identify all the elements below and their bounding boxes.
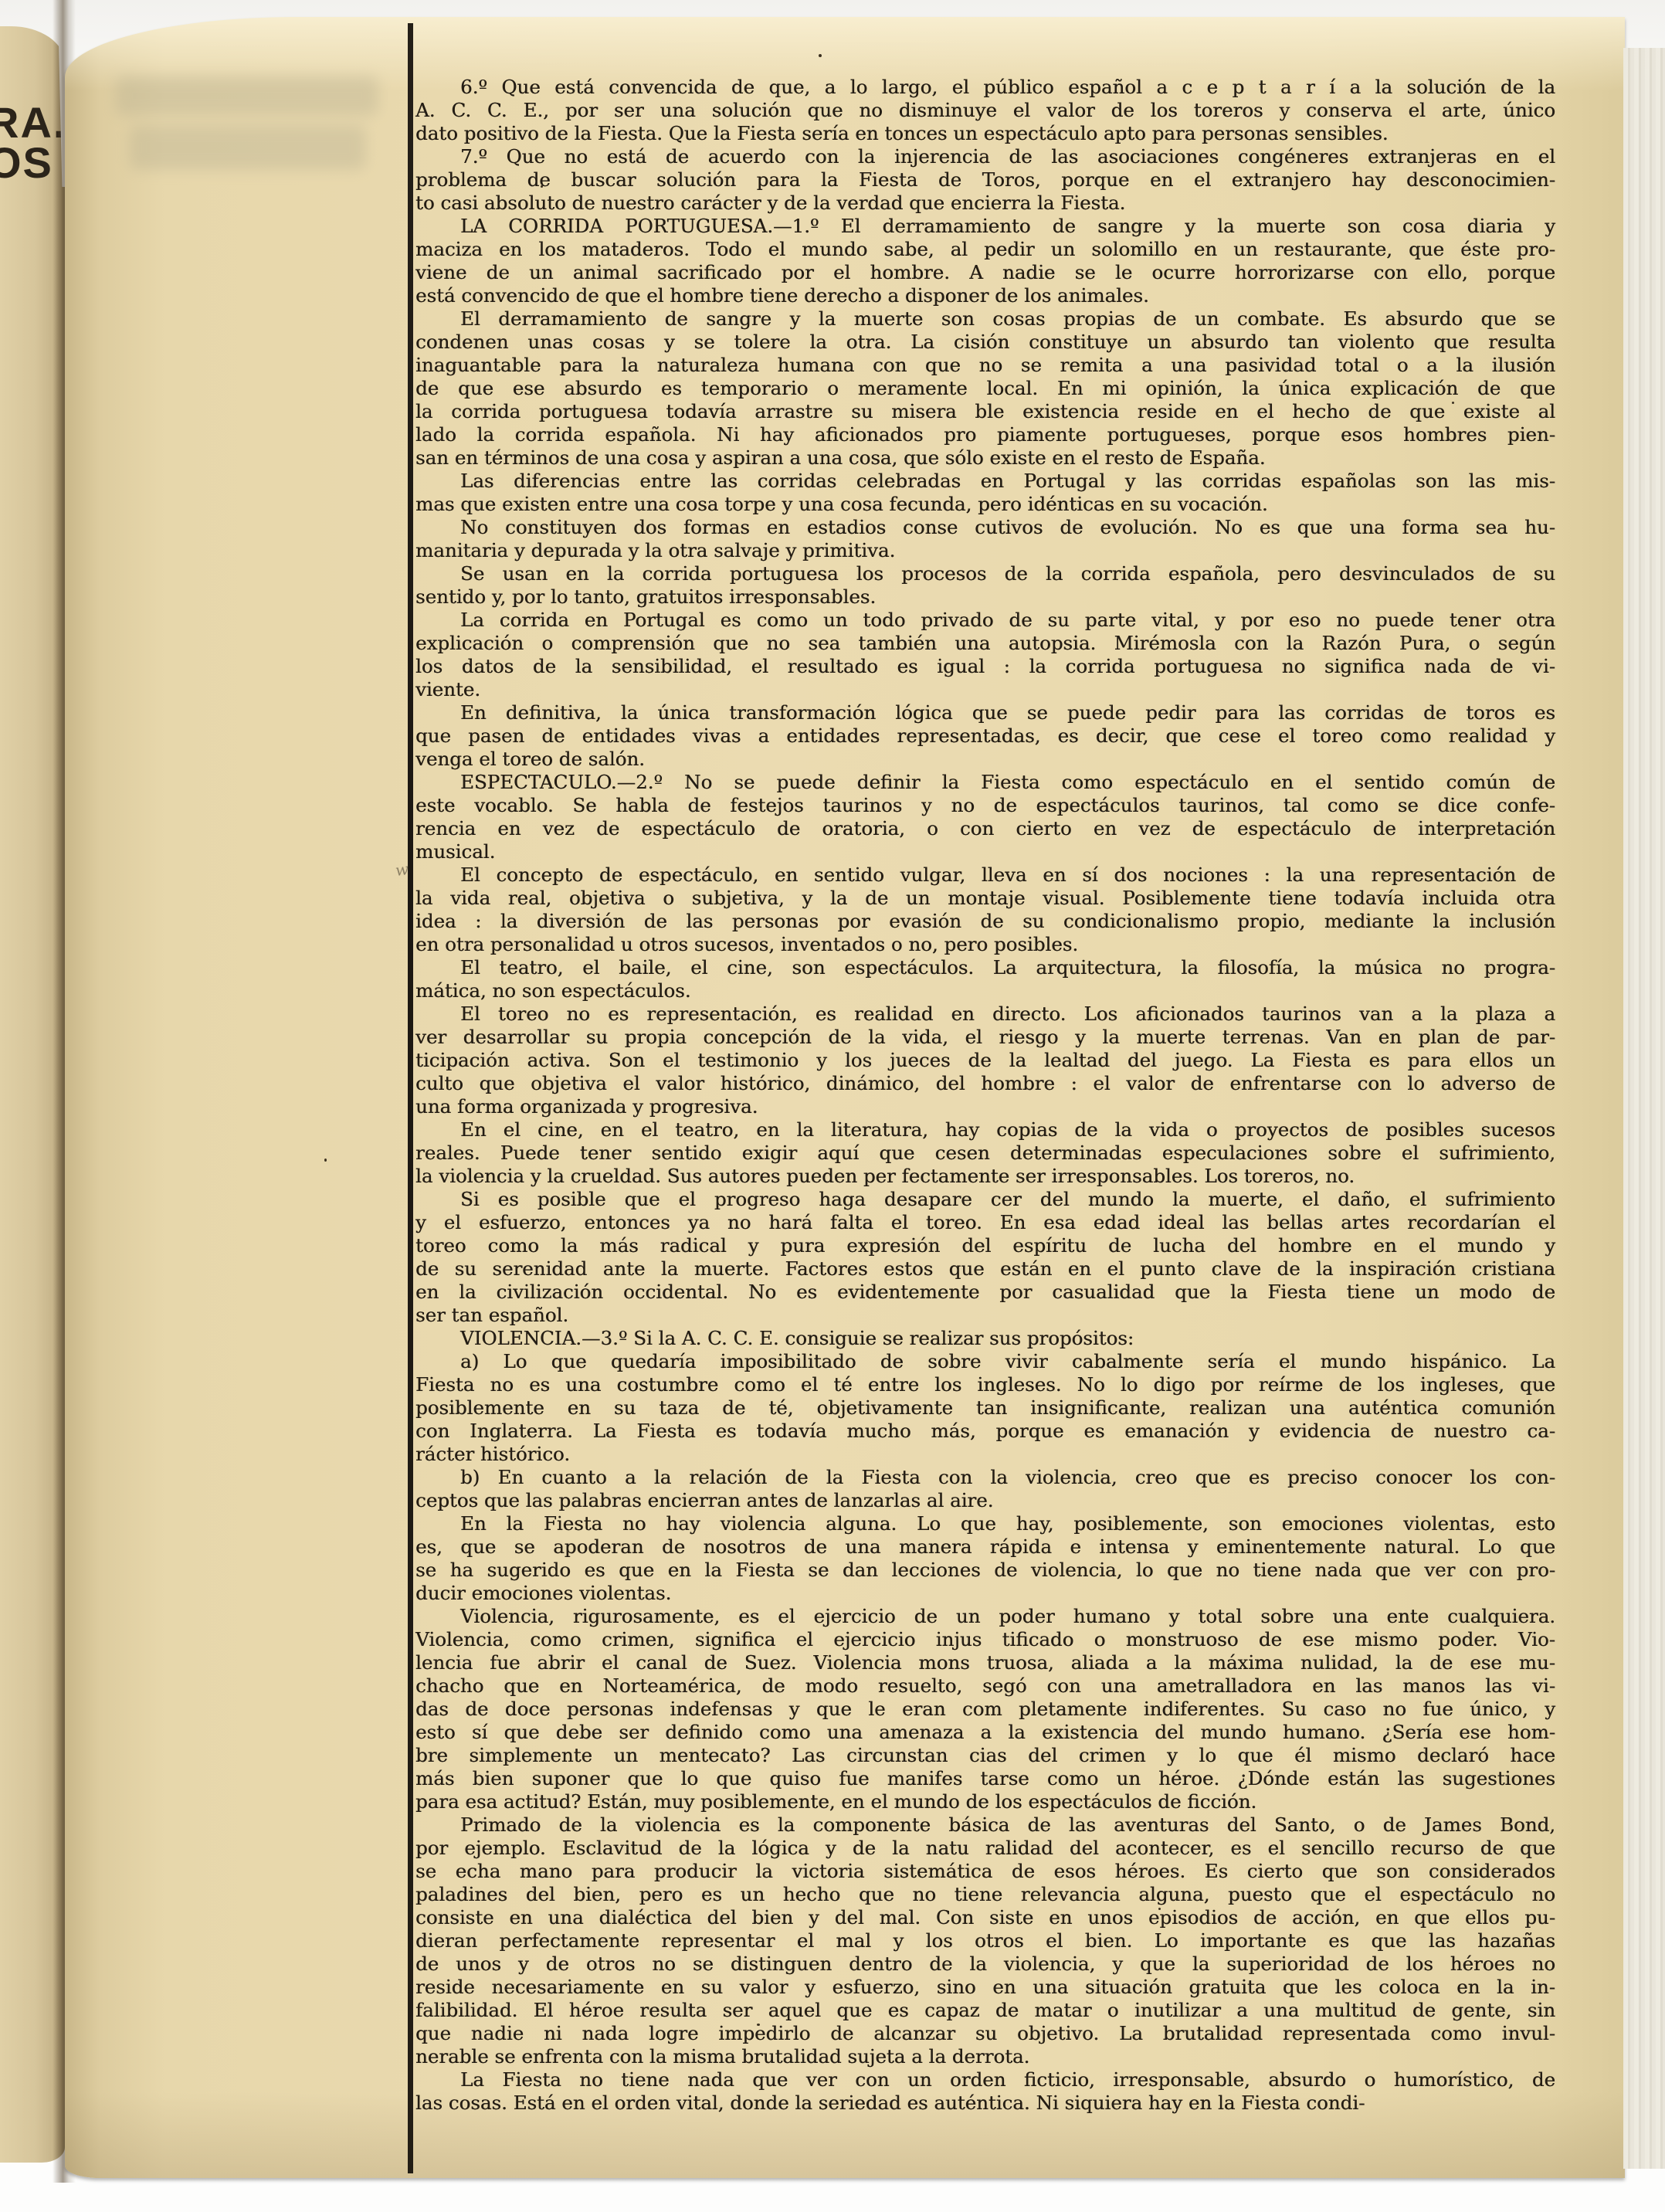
text-line: este vocablo. Se habla de festejos tauri… [415, 794, 1555, 817]
text-line: lencia fue abrir el canal de Suez. Viole… [415, 1651, 1555, 1674]
text-line: problema de buscar solución para la Fies… [415, 168, 1555, 192]
ink-showthrough [116, 76, 378, 116]
text-line: En definitiva, la única transformación l… [415, 701, 1555, 724]
text-line: es, que se apoderan de nosotros de una m… [415, 1535, 1555, 1559]
text-line: En la Fiesta no hay violencia alguna. Lo… [415, 1512, 1555, 1535]
paragraph: La Fiesta no tiene nada que ver con un o… [415, 2068, 1555, 2115]
text-line: paladines del bien, pero es un hecho que… [415, 1883, 1555, 1906]
ink-speck [819, 54, 822, 57]
text-line: reside necesariamente en su valor y esfu… [415, 1976, 1555, 1999]
text-line: A. C. C. E., por ser una solución que no… [415, 99, 1555, 122]
text-line: manitaria y depurada y la otra salvaje y… [415, 539, 1555, 562]
book-page-edges [1623, 48, 1665, 2169]
text-line: maciza en los mataderos. Todo el mundo s… [415, 238, 1555, 261]
ink-speck [1158, 1908, 1161, 1910]
paragraph: Las diferencias entre las corridas celeb… [415, 470, 1555, 516]
text-line: se echa mano para producir la victoria s… [415, 1860, 1555, 1883]
ink-speck [541, 185, 543, 188]
text-line: to casi absoluto de nuestro carácter y d… [415, 192, 1555, 215]
text-line: Se usan en la corrida portuguesa los pro… [415, 562, 1555, 585]
paragraph: b) En cuanto a la relación de la Fiesta … [415, 1466, 1555, 1512]
text-line: No constituyen dos formas en estadios co… [415, 516, 1555, 539]
text-line: b) En cuanto a la relación de la Fiesta … [415, 1466, 1555, 1489]
paragraph: El toreo no es representación, es realid… [415, 1003, 1555, 1118]
text-line: una forma organizada y progresiva. [415, 1095, 1555, 1118]
text-line: El teatro, el baile, el cine, son espect… [415, 956, 1555, 979]
facing-page-text-fragment: OS [0, 144, 53, 182]
text-line: en otra personalidad u otros sucesos, in… [415, 933, 1555, 956]
text-line: chacho que en Norteamérica, de modo resu… [415, 1674, 1555, 1698]
text-line: venga el toreo de salón. [415, 748, 1555, 771]
text-line: y el esfuerzo, entonces ya no hará falta… [415, 1211, 1555, 1234]
text-line: en la civilización occidental. No es evi… [415, 1281, 1555, 1304]
ink-speck [1452, 402, 1454, 404]
text-line: de que ese absurdo es temporario o meram… [415, 377, 1555, 400]
text-line: El concepto de espectáculo, en sentido v… [415, 863, 1555, 887]
text-line: ticipación activa. Son el testimonio y l… [415, 1049, 1555, 1072]
text-line: 7.º Que no está de acuerdo con la injere… [415, 145, 1555, 168]
text-line: de su serenidad ante la muerte. Factores… [415, 1257, 1555, 1281]
paragraph: 7.º Que no está de acuerdo con la injere… [415, 145, 1555, 215]
text-line: está convencido de que el hombre tiene d… [415, 284, 1555, 307]
ink-speck [757, 2024, 760, 2026]
text-block: 6.º Que está convencida de que, a lo lar… [415, 76, 1555, 2115]
text-line: para esa actitud? Están, muy posiblement… [415, 1790, 1555, 1813]
text-line: la violencia y la crueldad. Sus autores … [415, 1165, 1555, 1188]
text-line: La corrida en Portugal es como un todo p… [415, 609, 1555, 632]
paragraph: Se usan en la corrida portuguesa los pro… [415, 562, 1555, 609]
text-line: Violencia, como crimen, significa el eje… [415, 1628, 1555, 1651]
text-line: mática, no son espectáculos. [415, 979, 1555, 1003]
text-line: nerable se enfrenta con la misma brutali… [415, 2045, 1555, 2068]
text-line: posiblemente en su taza de té, objetivam… [415, 1396, 1555, 1420]
paragraph: En la Fiesta no hay violencia alguna. Lo… [415, 1512, 1555, 1605]
text-line: con Inglaterra. La Fiesta es todavía muc… [415, 1420, 1555, 1443]
text-line: ver desarrollar su propia concepción de … [415, 1026, 1555, 1049]
text-line: Violencia, rigurosamente, es el ejercici… [415, 1605, 1555, 1628]
text-line: dato positivo de la Fiesta. Que la Fiest… [415, 122, 1555, 145]
text-line: En el cine, en el teatro, en la literatu… [415, 1118, 1555, 1142]
text-line: VIOLENCIA.—3.º Si la A. C. C. E. consigu… [415, 1327, 1555, 1350]
paragraph: ESPECTACULO.—2.º No se puede definir la … [415, 771, 1555, 863]
text-line: ceptos que las palabras encierran antes … [415, 1489, 1555, 1512]
text-line: se ha sugerido es que en la Fiesta se da… [415, 1559, 1555, 1582]
text-line: rencia en vez de espectáculo de oratoria… [415, 817, 1555, 840]
text-line: de unos y de otros no se distinguen dent… [415, 1952, 1555, 1976]
text-line: dieran perfectamente representar el mal … [415, 1929, 1555, 1952]
text-line: por ejemplo. Esclavitud de la lógica y d… [415, 1837, 1555, 1860]
text-line: san en términos de una cosa y aspiran a … [415, 446, 1555, 470]
text-line: la corrida portuguesa todavía arrastre s… [415, 400, 1555, 423]
text-line: explicación o comprensión que no sea tam… [415, 632, 1555, 655]
paragraph: a) Lo que quedaría imposibilitado de sob… [415, 1350, 1555, 1466]
paragraph: El concepto de espectáculo, en sentido v… [415, 863, 1555, 956]
text-line: El toreo no es representación, es realid… [415, 1003, 1555, 1026]
paragraph: En el cine, en el teatro, en la literatu… [415, 1118, 1555, 1188]
paragraph: Si es posible que el progreso haga desap… [415, 1188, 1555, 1327]
text-line: 6.º Que está convencida de que, a lo lar… [415, 76, 1555, 99]
text-line: musical. [415, 840, 1555, 863]
text-line: ducir emociones violentas. [415, 1582, 1555, 1605]
text-line: lado la corrida española. Ni hay aficion… [415, 423, 1555, 446]
text-line: Fiesta no es una costumbre como el té en… [415, 1373, 1555, 1396]
text-line: sentido y, por lo tanto, gratuitos irres… [415, 585, 1555, 609]
scanned-book-page: RA. OS 6.º Que está convencida de que, a… [0, 0, 1665, 2212]
printed-vertical-rule [408, 23, 413, 2173]
paragraph: El teatro, el baile, el cine, son espect… [415, 956, 1555, 1003]
paragraph: Primado de la violencia es la componente… [415, 1813, 1555, 2068]
text-line: Primado de la violencia es la componente… [415, 1813, 1555, 1837]
text-line: La Fiesta no tiene nada que ver con un o… [415, 2068, 1555, 2092]
text-line: ESPECTACULO.—2.º No se puede definir la … [415, 771, 1555, 794]
paragraph: LA CORRIDA PORTUGUESA.—1.º El derramamie… [415, 215, 1555, 307]
text-line: LA CORRIDA PORTUGUESA.—1.º El derramamie… [415, 215, 1555, 238]
text-line: viente. [415, 678, 1555, 701]
text-line: consiste en una dialéctica del bien y de… [415, 1906, 1555, 1929]
text-line: toreo como la más radical y pura expresi… [415, 1234, 1555, 1257]
text-line: que pasen de entidades vivas a entidades… [415, 724, 1555, 748]
text-line: los datos de la sensibilidad, el resulta… [415, 655, 1555, 678]
text-line: la vida real, objetiva o subjetiva, y la… [415, 887, 1555, 910]
text-line: idea : la diversión de las personas por … [415, 910, 1555, 933]
text-line: El derramamiento de sangre y la muerte s… [415, 307, 1555, 331]
paragraph: En definitiva, la única transformación l… [415, 701, 1555, 771]
ink-showthrough [130, 125, 366, 170]
paragraph: La corrida en Portugal es como un todo p… [415, 609, 1555, 701]
paragraph: Violencia, rigurosamente, es el ejercici… [415, 1605, 1555, 1813]
ink-speck [324, 1159, 327, 1162]
text-line: condenen unas cosas y se tolere la otra.… [415, 331, 1555, 354]
text-line: que nadie ni nada logre impedirlo de alc… [415, 2022, 1555, 2045]
text-line: Si es posible que el progreso haga desap… [415, 1188, 1555, 1211]
text-line: rácter histórico. [415, 1443, 1555, 1466]
text-line: culto que objetiva el valor histórico, d… [415, 1072, 1555, 1095]
text-line: a) Lo que quedaría imposibilitado de sob… [415, 1350, 1555, 1373]
text-line: falibilidad. El héroe resulta ser aquel … [415, 1999, 1555, 2022]
text-line: mas que existen entre una cosa torpe y u… [415, 493, 1555, 516]
text-line: esto sí que debe ser definido como una a… [415, 1721, 1555, 1744]
margin-pencil-mark: w [394, 860, 409, 880]
text-line: Las diferencias entre las corridas celeb… [415, 470, 1555, 493]
text-line: bre simplemente un mentecato? Las circun… [415, 1744, 1555, 1767]
text-line: las cosas. Está en el orden vital, donde… [415, 2092, 1555, 2115]
text-line: ser tan español. [415, 1304, 1555, 1327]
text-line: viene de un animal sacrificado por el ho… [415, 261, 1555, 284]
text-line: reales. Puede tener sentido exigir aquí … [415, 1142, 1555, 1165]
text-line: inaguantable para la naturaleza humana c… [415, 354, 1555, 377]
text-line: das de doce personas indefensas y que le… [415, 1698, 1555, 1721]
paragraph: VIOLENCIA.—3.º Si la A. C. C. E. consigu… [415, 1327, 1555, 1350]
paragraph: 6.º Que está convencida de que, a lo lar… [415, 76, 1555, 145]
paragraph: No constituyen dos formas en estadios co… [415, 516, 1555, 562]
text-line: más bien suponer que lo que quiso fue ma… [415, 1767, 1555, 1790]
paragraph: El derramamiento de sangre y la muerte s… [415, 307, 1555, 470]
